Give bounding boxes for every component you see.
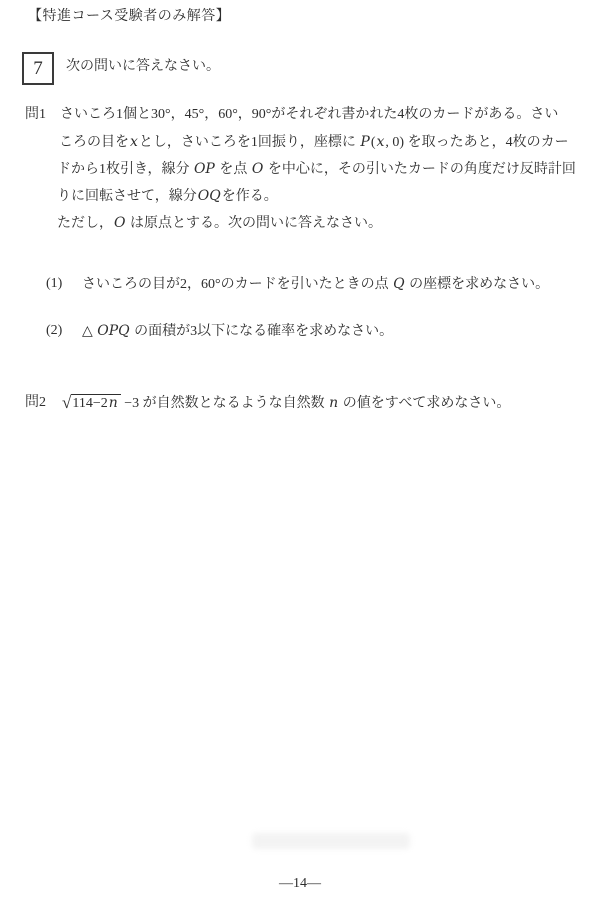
point-O: O (113, 215, 126, 231)
subquestion-2-label: (2) (46, 324, 62, 338)
subquestion-1-label: (1) (46, 277, 62, 291)
problem-1-line-3: ドから1枚引き，線分 OP を点 O を中心に，その引いたカードの角度だけ反時計… (57, 162, 576, 177)
problem-2-text: √114−2n −3 が自然数となるような自然数 n の値をすべて求めなさい。 (62, 394, 510, 411)
sqrt-radicand: 114−2n (71, 394, 120, 411)
problem-1-label: 問1 (25, 108, 46, 122)
header-note: 【特進コース受験者のみ解答】 (28, 10, 230, 24)
subquestion-1-text: さいころの目が2，60°のカードを引いたときの点 Q の座標を求めなさい。 (82, 277, 549, 292)
point-Q: Q (392, 276, 405, 292)
problem-1-line-5: ただし，O は原点とする。次の問いに答えなさい。 (57, 216, 382, 231)
segment-OP: OP (193, 161, 216, 177)
page-number: —14— (0, 876, 600, 892)
var-x: x (129, 134, 139, 150)
minus-three: −3 (121, 396, 143, 411)
subquestion-2-text: △ OPQ の面積が3以下になる確率を求めなさい。 (82, 324, 393, 339)
triangle-OPQ: OPQ (96, 323, 130, 339)
sqrt-radical-sign: √ (62, 393, 71, 412)
exam-page: 【特進コース受験者のみ解答】 7 次の問いに答えなさい。 問1 さいころ1個と3… (0, 0, 600, 900)
problem-1-line-1: さいころ1個と30°，45°，60°，90°がそれぞれ書かれた4枚のカードがある… (60, 108, 558, 122)
problem-1-line-4: りに回転させて，線分OQを作る。 (57, 189, 278, 204)
question-7-instruction: 次の問いに答えなさい。 (66, 60, 220, 74)
var-x: x (376, 134, 386, 150)
triangle-symbol: △ (82, 324, 96, 339)
question-number-box: 7 (22, 52, 54, 85)
segment-OQ: OQ (197, 188, 222, 204)
problem-2-label: 問2 (25, 396, 46, 410)
var-n: n (328, 395, 339, 411)
bleed-through-smudge (252, 833, 410, 849)
var-P: P (359, 134, 370, 150)
point-O: O (251, 161, 264, 177)
problem-1-line-2: ころの目をxとし，さいころを1回振り，座標に P(x, 0) を取ったあと，4枚… (59, 135, 569, 150)
var-n: n (108, 395, 119, 411)
